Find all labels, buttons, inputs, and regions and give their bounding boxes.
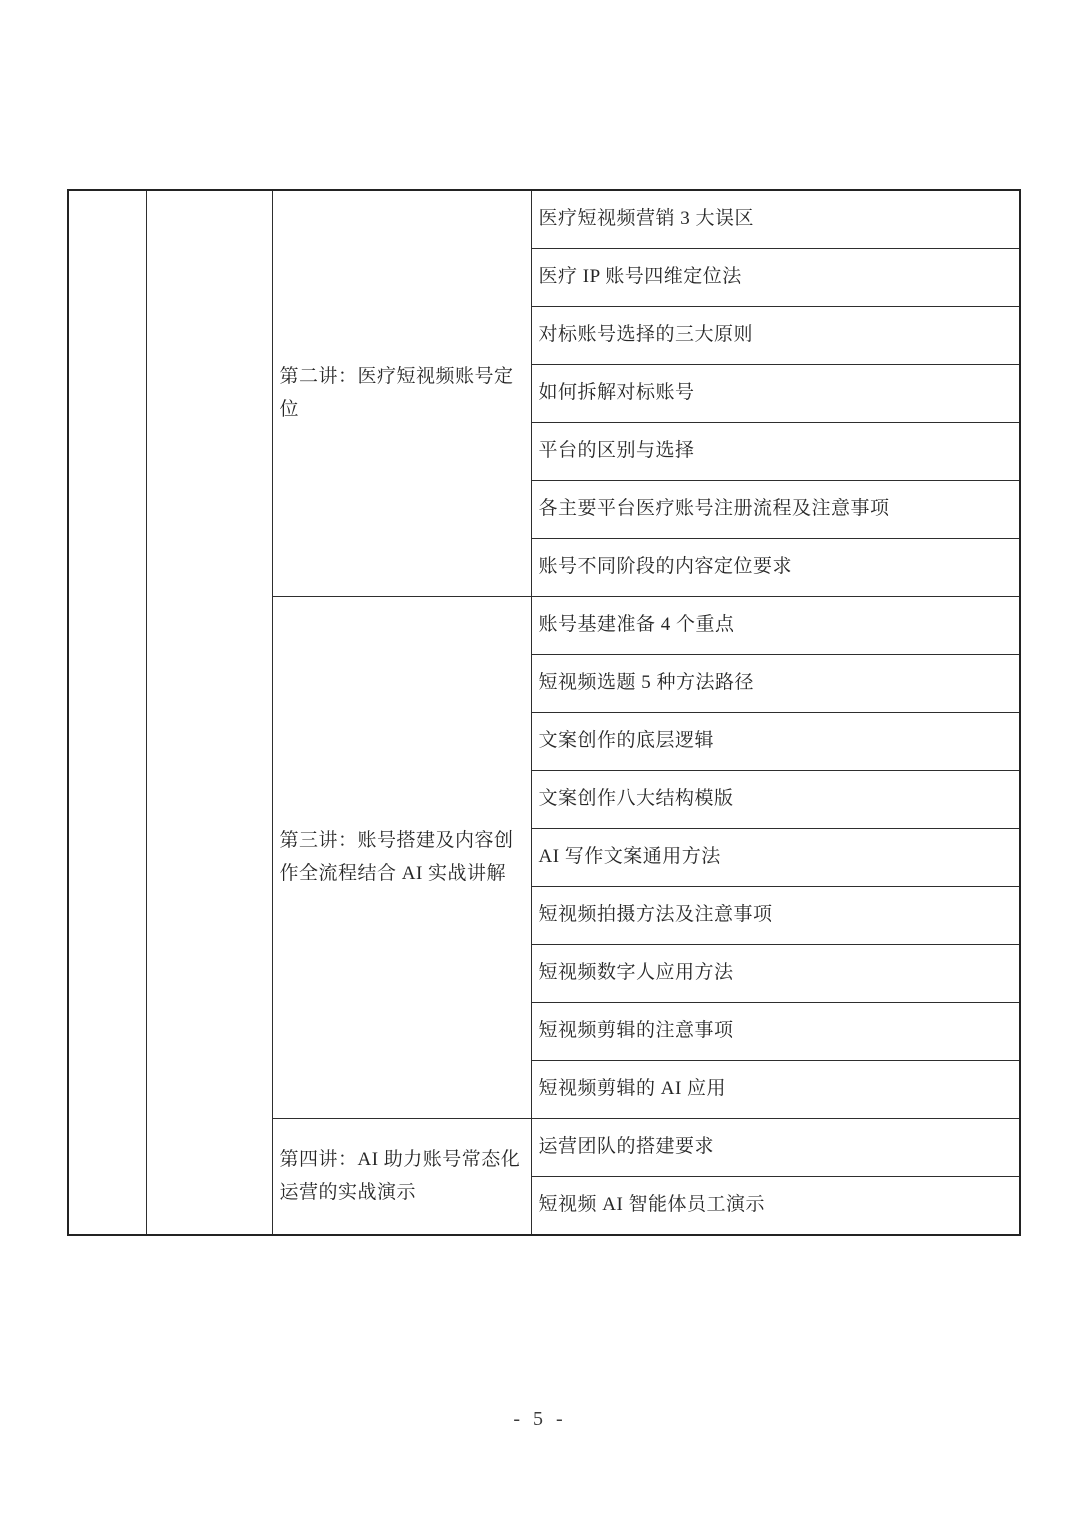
empty-cell-col2 bbox=[146, 190, 272, 1235]
topic-cell: 对标账号选择的三大原则 bbox=[531, 307, 1020, 365]
topic-cell: 短视频剪辑的注意事项 bbox=[531, 1003, 1020, 1061]
topic-cell: 账号基建准备 4 个重点 bbox=[531, 597, 1020, 655]
topic-cell: 医疗短视频营销 3 大误区 bbox=[531, 190, 1020, 249]
section-title-cell: 第三讲：账号搭建及内容创作全流程结合 AI 实战讲解 bbox=[272, 597, 531, 1119]
topic-cell: 文案创作八大结构模版 bbox=[531, 771, 1020, 829]
topic-cell: 短视频选题 5 种方法路径 bbox=[531, 655, 1020, 713]
topic-cell: 如何拆解对标账号 bbox=[531, 365, 1020, 423]
document-page: 第二讲：医疗短视频账号定位 医疗短视频营销 3 大误区 医疗 IP 账号四维定位… bbox=[0, 0, 1080, 1528]
table-row: 第二讲：医疗短视频账号定位 医疗短视频营销 3 大误区 bbox=[68, 190, 1020, 249]
topic-cell: 短视频数字人应用方法 bbox=[531, 945, 1020, 1003]
topic-cell: 短视频 AI 智能体员工演示 bbox=[531, 1177, 1020, 1236]
topic-cell: 短视频剪辑的 AI 应用 bbox=[531, 1061, 1020, 1119]
topic-cell: 运营团队的搭建要求 bbox=[531, 1119, 1020, 1177]
page-number: - 5 - bbox=[0, 1408, 1080, 1431]
topic-cell: 平台的区别与选择 bbox=[531, 423, 1020, 481]
topic-cell: 账号不同阶段的内容定位要求 bbox=[531, 539, 1020, 597]
empty-cell-col1 bbox=[68, 190, 146, 1235]
topic-cell: 短视频拍摄方法及注意事项 bbox=[531, 887, 1020, 945]
topic-cell: 医疗 IP 账号四维定位法 bbox=[531, 249, 1020, 307]
section-title-cell: 第四讲：AI 助力账号常态化运营的实战演示 bbox=[272, 1119, 531, 1236]
topic-cell: 各主要平台医疗账号注册流程及注意事项 bbox=[531, 481, 1020, 539]
topic-cell: AI 写作文案通用方法 bbox=[531, 829, 1020, 887]
curriculum-table: 第二讲：医疗短视频账号定位 医疗短视频营销 3 大误区 医疗 IP 账号四维定位… bbox=[67, 189, 1021, 1236]
section-title-cell: 第二讲：医疗短视频账号定位 bbox=[272, 190, 531, 597]
topic-cell: 文案创作的底层逻辑 bbox=[531, 713, 1020, 771]
